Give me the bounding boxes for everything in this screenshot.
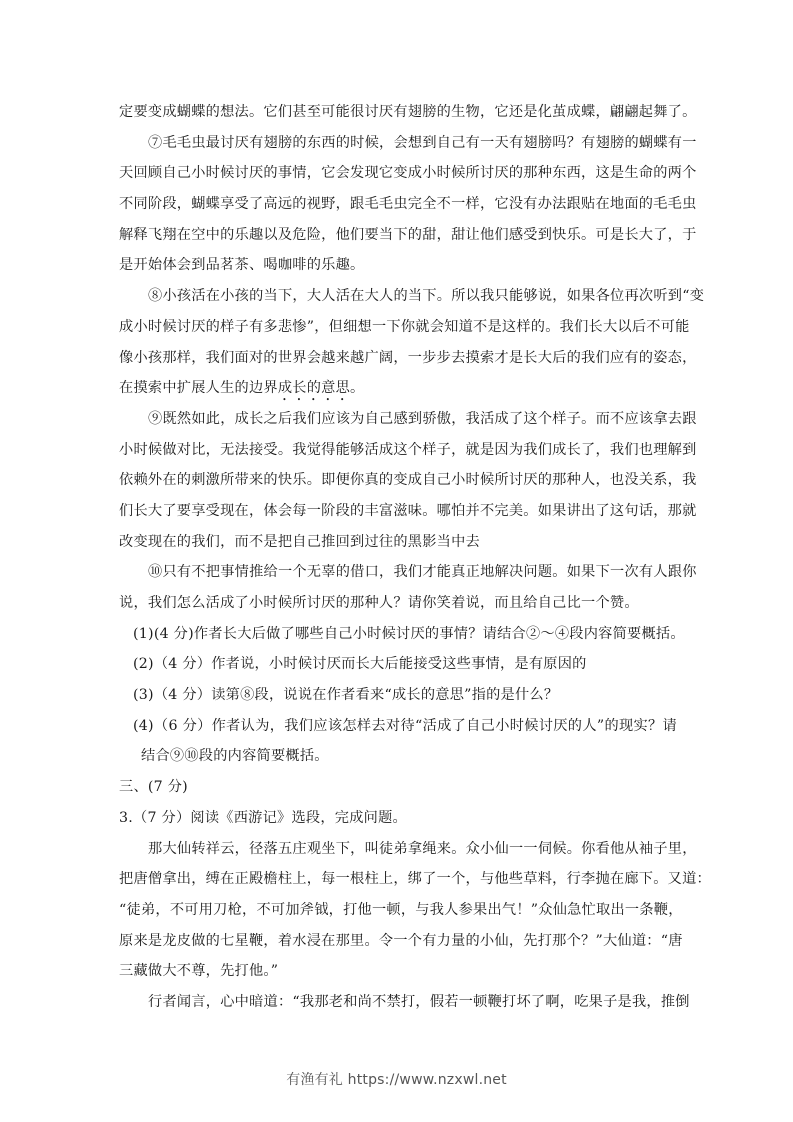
emphasized-phrase: 成长的意思 <box>278 380 350 396</box>
text-line: 成小时候讨厌的样子有多悲惨”，但细想一下你就会知道不是这样的。我们长大以后不可能 <box>119 312 677 343</box>
question-1: (1)(4 分)作者长大后做了哪些自己小时候讨厌的事情？请结合②～④段内容简要概… <box>119 619 677 650</box>
question-4-continued: 结合⑨⑩段的内容简要概括。 <box>119 741 677 772</box>
text-line: 不同阶段，蝴蝶享受了高远的视野，跟毛毛虫完全不一样，它没有办法跟贴在地面的毛毛虫 <box>119 189 677 220</box>
question-3: (3)（4 分）读第⑧段，说说在作者看来“成长的意思”指的是什么？ <box>119 680 677 711</box>
paragraph-10-start: ⑩只有不把事情推给一个无辜的借口，我们才能真正地解决问题。如果下一次有人跟你 <box>119 557 677 588</box>
paragraph-7-start: ⑦毛毛虫最讨厌有翅膀的东西的时候，会想到自己有一天有翅膀吗？有翅膀的蝴蝶有一 <box>119 128 677 159</box>
text-line: “徒弟，不可用刀枪，不可加斧钺，打他一顿，与我人参果出气！”众仙急忙取出一条鞭， <box>119 895 677 926</box>
text-line: 说，我们怎么活成了小时候所讨厌的那种人？请你笑着说，而且给自己比一个赞。 <box>119 588 677 619</box>
text-line: 小时候做对比，无法接受。我觉得能够活成这个样子，就是因为我们成长了，我们也理解到 <box>119 435 677 466</box>
document-page: 定要变成蝴蝶的想法。它们甚至可能很讨厌有翅膀的生物，它还是化茧成蝶，翩翩起舞了。… <box>119 97 677 1018</box>
question-4: (4)（6 分）作者认为，我们应该怎样去对待“活成了自己小时候讨厌的人”的现实？… <box>119 711 677 742</box>
text-line: 天回顾自己小时候讨厌的事情，它会发现它变成小时候所讨厌的那种东西，这是生命的两个 <box>119 158 677 189</box>
text-line: 是开始体会到品茗茶、喝咖啡的乐趣。 <box>119 250 677 281</box>
section-heading: 三、(7 分) <box>119 772 677 803</box>
text-line: 们长大了要享受现在，体会每一阶段的丰富滋味。哪怕并不完美。如果讲出了这句话，那就 <box>119 496 677 527</box>
question-2: (2)（4 分）作者说，小时候讨厌而长大后能接受这些事情，是有原因的 <box>119 649 677 680</box>
text-line: 原来是龙皮做的七星鞭，着水浸在那里。令一个有力量的小仙，先打那个？”大仙道：“唐 <box>119 926 677 957</box>
text-line: 定要变成蝴蝶的想法。它们甚至可能很讨厌有翅膀的生物，它还是化茧成蝶，翩翩起舞了。 <box>119 97 677 128</box>
text-line: 解释飞翔在空中的乐趣以及危险，他们要当下的甜，甜让他们感受到快乐。可是长大了，于 <box>119 220 677 251</box>
excerpt-paragraph-start: 那大仙转祥云，径落五庄观坐下，叫徒弟拿绳来。众小仙一一伺候。你看他从袖子里， <box>119 834 677 865</box>
text-line: 改变现在的我们，而不是把自己推回到过往的黑影当中去 <box>119 527 677 558</box>
text-line: 三藏做大不尊，先打他。” <box>119 956 677 987</box>
paragraph-9-start: ⑨既然如此，成长之后我们应该为自己感到骄傲，我活成了这个样子。而不应该拿去跟 <box>119 404 677 435</box>
text-fragment: 。 <box>350 380 364 396</box>
question-title: 3.（7 分）阅读《西游记》选段，完成问题。 <box>119 803 677 834</box>
paragraph-8-start: ⑧小孩活在小孩的当下，大人活在大人的当下。所以我只能够说，如果各位再次听到“变 <box>119 281 677 312</box>
text-fragment: 在摸索中扩展人生的边界 <box>119 380 278 396</box>
excerpt-paragraph-2-start: 行者闻言，心中暗道：“我那老和尚不禁打，假若一顿鞭打坏了啊，吃果子是我，推倒 <box>119 987 677 1018</box>
text-line-emphasis: 在摸索中扩展人生的边界成长的意思。 <box>119 373 677 404</box>
text-line: 把唐僧拿出，缚在正殿檐柱上，每一根柱上，绑了一个，与他些草料，行李抛在廊下。又道… <box>119 864 677 895</box>
text-line: 像小孩那样，我们面对的世界会越来越广阔，一步步去摸索才是长大后的我们应有的姿态， <box>119 343 677 374</box>
watermark-footer: 有渔有礼 https://www.nzxwl.net <box>0 1069 793 1089</box>
text-line: 依赖外在的刺激所带来的快乐。即便你真的变成自己小时候所讨厌的那种人，也没关系，我 <box>119 465 677 496</box>
